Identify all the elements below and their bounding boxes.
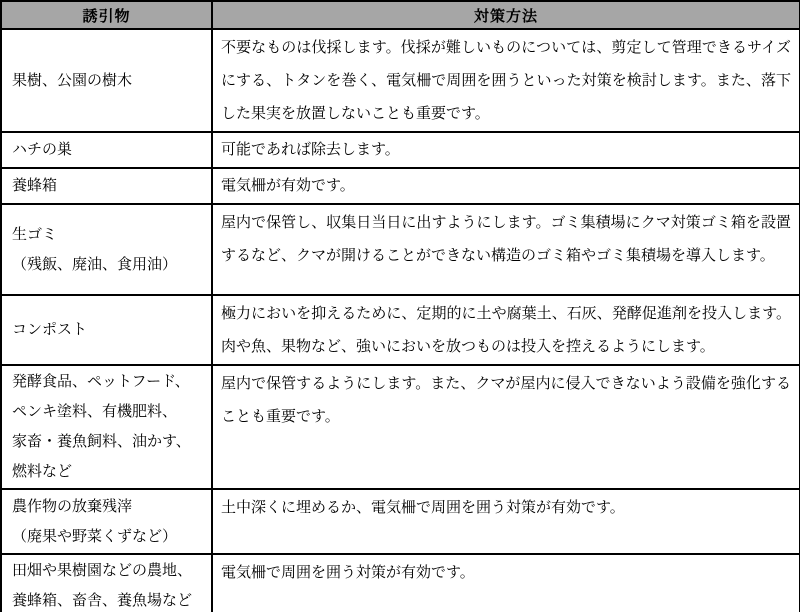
document-page: 誘引物 対策方法 果樹、公園の樹木 不要なものは伐採します。伐採が難しいものにつ… <box>0 0 800 612</box>
header-attractant: 誘引物 <box>1 1 212 29</box>
countermeasure-cell: 電気柵が有効です。 <box>212 168 800 204</box>
table-row: 養蜂箱 電気柵が有効です。 <box>1 168 800 204</box>
countermeasure-cell: 極力においを抑えるために、定期的に土や腐葉土、石灰、発酵促進剤を投入します。肉や… <box>212 295 800 365</box>
attractant-cell: 農作物の放棄残滓 （廃果や野菜くずなど） <box>1 489 212 554</box>
countermeasure-cell: 可能であれば除去します。 <box>212 132 800 168</box>
table-row: 発酵食品、ペットフード、 ペンキ塗料、有機肥料、 家畜・養魚飼料、油かす、 燃料… <box>1 365 800 489</box>
countermeasure-cell: 屋内で保管し、収集日当日に出すようにします。ゴミ集積場にクマ対策ゴミ箱を設置する… <box>212 204 800 295</box>
countermeasure-cell: 電気柵で周囲を囲う対策が有効です。 <box>212 554 800 612</box>
table-row: コンポスト 極力においを抑えるために、定期的に土や腐葉土、石灰、発酵促進剤を投入… <box>1 295 800 365</box>
attractant-cell: 生ゴミ （残飯、廃油、食用油） <box>1 204 212 295</box>
table-row: ハチの巣 可能であれば除去します。 <box>1 132 800 168</box>
attractant-cell: 果樹、公園の樹木 <box>1 29 212 132</box>
table-row: 生ゴミ （残飯、廃油、食用油） 屋内で保管し、収集日当日に出すようにします。ゴミ… <box>1 204 800 295</box>
attractant-cell: 発酵食品、ペットフード、 ペンキ塗料、有機肥料、 家畜・養魚飼料、油かす、 燃料… <box>1 365 212 489</box>
table-row: 田畑や果樹園などの農地、 養蜂箱、畜舎、養魚場など 電気柵で周囲を囲う対策が有効… <box>1 554 800 612</box>
countermeasure-cell: 屋内で保管するようにします。また、クマが屋内に侵入できないよう設備を強化すること… <box>212 365 800 489</box>
countermeasure-cell: 不要なものは伐採します。伐採が難しいものについては、剪定して管理できるサイズにす… <box>212 29 800 132</box>
attractant-cell: ハチの巣 <box>1 132 212 168</box>
table-row: 農作物の放棄残滓 （廃果や野菜くずなど） 土中深くに埋めるか、電気柵で周囲を囲う… <box>1 489 800 554</box>
attractant-cell: 田畑や果樹園などの農地、 養蜂箱、畜舎、養魚場など <box>1 554 212 612</box>
table-row: 果樹、公園の樹木 不要なものは伐採します。伐採が難しいものについては、剪定して管… <box>1 29 800 132</box>
attractant-cell: 養蜂箱 <box>1 168 212 204</box>
attractant-cell: コンポスト <box>1 295 212 365</box>
table-header-row: 誘引物 対策方法 <box>1 1 800 29</box>
countermeasure-cell: 土中深くに埋めるか、電気柵で周囲を囲う対策が有効です。 <box>212 489 800 554</box>
attractant-countermeasure-table: 誘引物 対策方法 果樹、公園の樹木 不要なものは伐採します。伐採が難しいものにつ… <box>0 0 800 612</box>
header-countermeasure: 対策方法 <box>212 1 800 29</box>
